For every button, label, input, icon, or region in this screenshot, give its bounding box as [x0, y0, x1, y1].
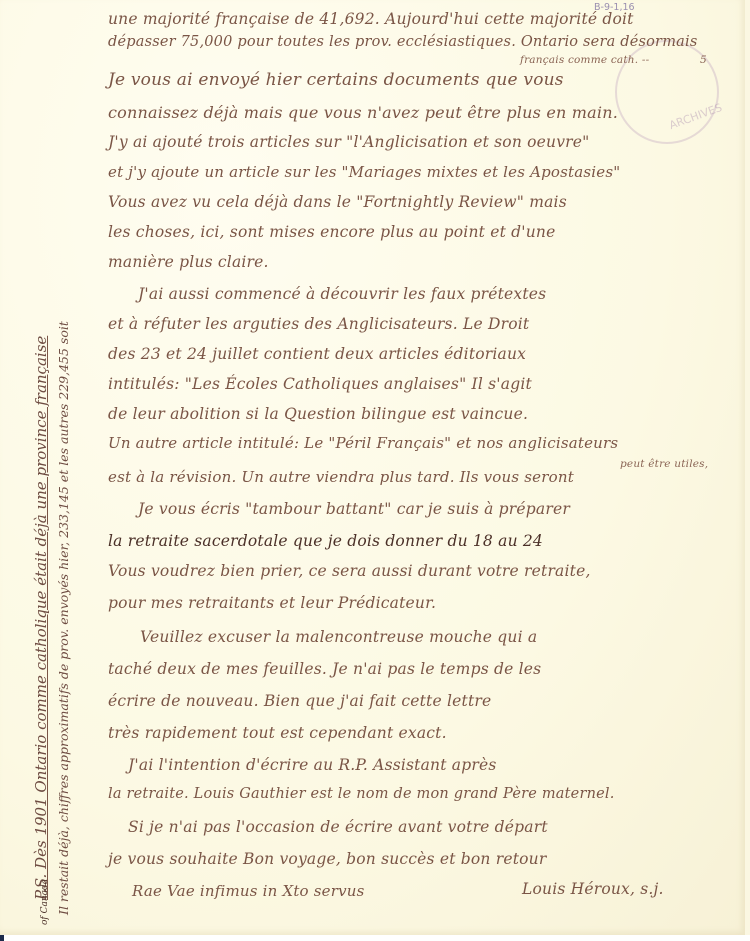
letter-line: J'y ai ajouté trois articles sur "l'Angl… [108, 133, 590, 151]
letter-page: B-9-1,16 ARCHIVES une majorité française… [0, 0, 745, 935]
letter-line: Vous voudrez bien prier, ce sera aussi d… [108, 562, 591, 580]
letter-line: pour mes retraitants et leur Prédicateur… [108, 594, 436, 612]
letter-line: une majorité française de 41,692. Aujour… [108, 10, 634, 28]
letter-line: Vous avez vu cela déjà dans le "Fortnigh… [108, 193, 567, 211]
letter-line: les choses, ici, sont mises encore plus … [108, 223, 555, 241]
scan-corner-mark [0, 935, 4, 941]
letter-line: et à réfuter les arguties des Anglicisat… [108, 315, 529, 333]
letter-line: la retraite sacerdotale que je dois donn… [108, 532, 543, 550]
letter-line: est à la révision. Un autre viendra plus… [108, 468, 574, 486]
letter-line: très rapidement tout est cependant exact… [108, 724, 447, 742]
letter-line: J'ai aussi commencé à découvrir les faux… [138, 285, 546, 303]
interlinear-note: français comme cath. -- [520, 54, 649, 66]
margin-note-inner: Il restait déjà, chiffres approximatifs … [56, 321, 71, 915]
letter-line: écrire de nouveau. Bien que j'ai fait ce… [108, 692, 491, 710]
letter-line: des 23 et 24 juillet contient deux artic… [108, 345, 526, 363]
signature: Louis Héroux, s.j. [522, 880, 664, 898]
margin-note-outer: P.S. Dès 1901 Ontario comme catholique é… [32, 336, 50, 900]
letter-line: manière plus claire. [108, 253, 269, 271]
letter-line: Un autre article intitulé: Le "Péril Fra… [108, 434, 618, 452]
letter-line: et j'y ajoute un article sur les "Mariag… [108, 163, 620, 181]
letter-line: J'ai l'intention d'écrire au R.P. Assist… [128, 756, 497, 774]
letter-line: Si je n'ai pas l'occasion de écrire avan… [128, 818, 548, 836]
letter-line: Je vous écris "tambour battant" car je s… [138, 500, 570, 518]
letter-line: connaissez déjà mais que vous n'avez peu… [108, 103, 618, 122]
page-marker: 5 [700, 54, 707, 66]
interlinear-note: peut être utiles, [620, 458, 708, 470]
letter-line: je vous souhaite Bon voyage, bon succès … [108, 850, 546, 868]
letter-line: taché deux de mes feuilles. Je n'ai pas … [108, 660, 541, 678]
letter-line: intitulés: "Les Écoles Catholiques angla… [108, 375, 532, 393]
letter-line: la retraite. Louis Gauthier est le nom d… [108, 786, 615, 802]
closing-line: Rae Vae infimus in Xto servus [132, 882, 365, 900]
scan-edge [0, 935, 750, 941]
margin-mark-bottom: of Canada [40, 879, 50, 925]
letter-line: Je vous ai envoyé hier certains document… [108, 70, 564, 90]
letter-line: Veuillez excuser la malencontreuse mouch… [140, 628, 537, 646]
letter-line: de leur abolition si la Question bilingu… [108, 405, 528, 423]
letter-line: dépasser 75,000 pour toutes les prov. ec… [108, 34, 697, 50]
